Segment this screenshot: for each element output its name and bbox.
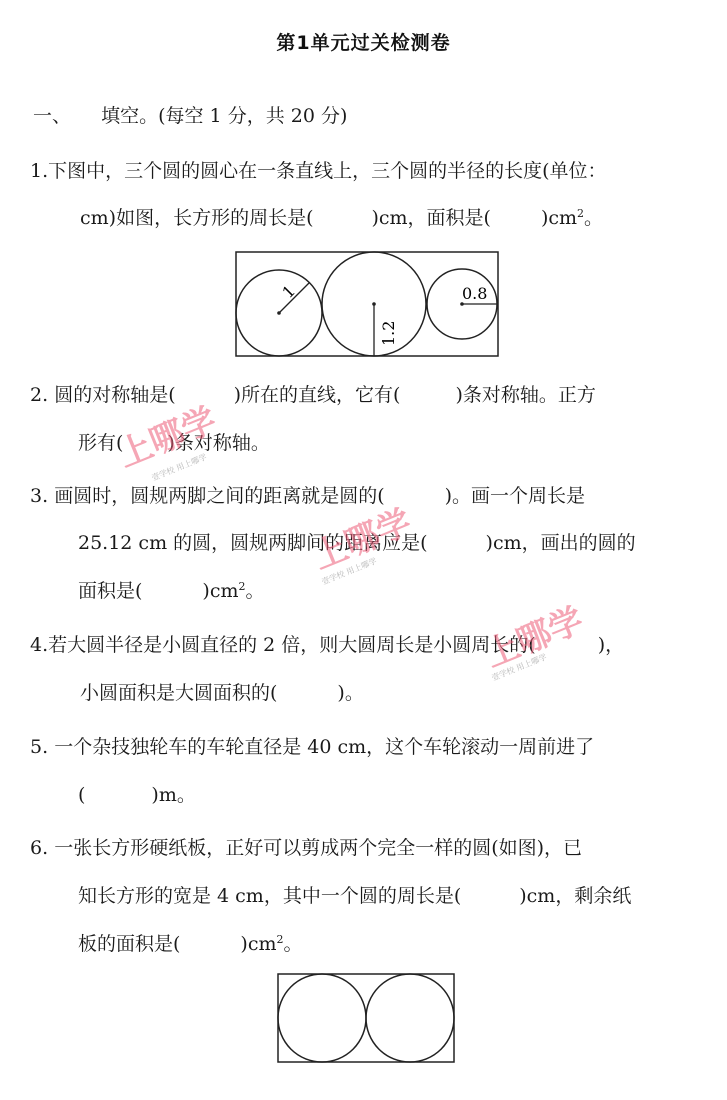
section-title: 填空。(每空 1 分，共 20 分) bbox=[101, 105, 347, 127]
watermark-subtext: 壹学校 用上哪学 bbox=[150, 451, 208, 483]
section-number: 一、 bbox=[33, 105, 71, 127]
question-3-line-1: 3. 画圆时，圆规两脚之间的距离就是圆的()。画一个周长是 bbox=[30, 483, 585, 509]
question-number: 1. bbox=[30, 160, 48, 182]
question-5-line-1: 5. 一个杂技独轮车的车轮直径是 40 cm，这个车轮滚动一周前进了 bbox=[30, 734, 594, 760]
radius-label-0-8: 0.8 bbox=[462, 284, 487, 303]
figure-three-circles: 1 1.2 0.8 bbox=[234, 250, 504, 360]
question-2-line-1: 2. 圆的对称轴是()所在的直线，它有()条对称轴。正方 bbox=[30, 382, 596, 408]
question-6-line-2: 知长方形的宽是 4 cm，其中一个圆的周长是()cm，剩余纸 bbox=[78, 883, 631, 909]
radius-label-1: 1 bbox=[278, 281, 299, 302]
question-4-line-1: 4.若大圆半径是小圆直径的 2 倍，则大圆周长是小圆周长的()， bbox=[30, 632, 624, 658]
section-heading: 一、 填空。(每空 1 分，共 20 分) bbox=[33, 103, 347, 129]
question-6-line-3: 板的面积是()cm2。 bbox=[78, 931, 303, 957]
question-3-line-2: 25.12 cm 的圆，圆规两脚间的距离应是()cm，画出的圆的 bbox=[78, 530, 636, 556]
question-2-line-2: 形有()条对称轴。 bbox=[78, 430, 270, 456]
figure-two-circles bbox=[276, 972, 458, 1064]
question-1-line-1: 1.下图中，三个圆的圆心在一条直线上，三个圆的半径的长度(单位： bbox=[30, 158, 607, 184]
question-4-line-2: 小圆面积是大圆面积的()。 bbox=[80, 680, 364, 706]
question-6-line-1: 6. 一张长方形硬纸板，正好可以剪成两个完全一样的圆(如图)，已 bbox=[30, 835, 582, 861]
page-title: 第1单元过关检测卷 bbox=[0, 28, 727, 55]
watermark-subtext: 壹学校 用上哪学 bbox=[320, 555, 378, 587]
question-3-line-3: 面积是()cm2。 bbox=[78, 578, 265, 604]
radius-label-1-2: 1.2 bbox=[379, 321, 398, 346]
question-5-line-2: ()m。 bbox=[78, 782, 196, 808]
question-1-line-2: cm)如图，长方形的周长是()cm，面积是()cm2。 bbox=[80, 205, 603, 231]
